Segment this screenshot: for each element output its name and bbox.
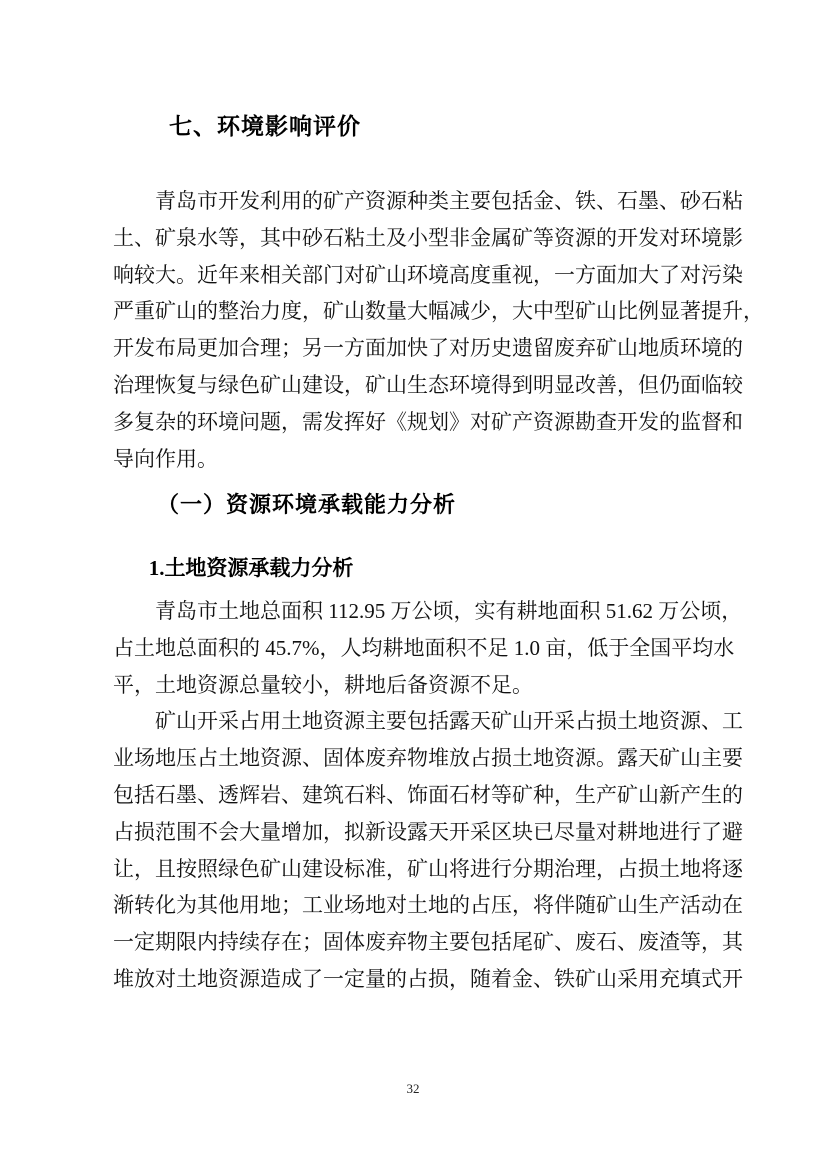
- page-content: 七、环境影响评价 青岛市开发利用的矿产资源种类主要包括金、铁、石墨、砂石粘土、矿…: [113, 112, 713, 998]
- paragraph-mining-land-use: 矿山开采占用土地资源主要包括露天矿山开采占损土地资源、工业场地压占土地资源、固体…: [113, 703, 713, 997]
- document-page: 七、环境影响评价 青岛市开发利用的矿产资源种类主要包括金、铁、石墨、砂石粘土、矿…: [0, 0, 826, 1169]
- text-line: 一定期限内持续存在；固体废弃物主要包括尾矿、废石、废渣等，其: [113, 924, 713, 961]
- text-line: 治理恢复与绿色矿山建设，矿山生态环境得到明显改善，但仍面临较: [113, 367, 713, 404]
- text-line: 包括石墨、透辉岩、建筑石料、饰面石材等矿种，生产矿山新产生的: [113, 777, 713, 814]
- page-number: 32: [0, 1080, 826, 1098]
- text-line: 平，土地资源总量较小，耕地后备资源不足。: [113, 667, 713, 704]
- text-line: 让，且按照绿色矿山建设标准，矿山将进行分期治理，占损土地将逐: [113, 851, 713, 888]
- text-line: 堆放对土地资源造成了一定量的占损，随着金、铁矿山采用充填式开: [113, 961, 713, 998]
- chapter-title: 七、环境影响评价: [113, 112, 713, 140]
- text-line: 占土地总面积的 45.7%，人均耕地面积不足 1.0 亩，低于全国平均水: [113, 630, 713, 667]
- text-line: 开发布局更加合理；另一方面加快了对历史遗留废弃矿山地质环境的: [113, 330, 713, 367]
- subsection-heading: 1.土地资源承载力分析: [113, 550, 713, 587]
- text-line: 青岛市土地总面积 112.95 万公顷，实有耕地面积 51.62 万公顷，: [113, 593, 713, 630]
- section-heading: （一）资源环境承载能力分析: [113, 487, 713, 524]
- text-line: 青岛市开发利用的矿产资源种类主要包括金、铁、石墨、砂石粘: [113, 183, 713, 220]
- text-line: 多复杂的环境问题，需发挥好《规划》对矿产资源勘查开发的监督和: [113, 404, 713, 441]
- paragraph-land-area: 青岛市土地总面积 112.95 万公顷，实有耕地面积 51.62 万公顷，占土地…: [113, 593, 713, 703]
- text-line: 渐转化为其他用地；工业场地对土地的占压，将伴随矿山生产活动在: [113, 887, 713, 924]
- text-line: 严重矿山的整治力度，矿山数量大幅减少，大中型矿山比例显著提升，: [113, 293, 713, 330]
- text-line: 占损范围不会大量增加，拟新设露天开采区块已尽量对耕地进行了避: [113, 814, 713, 851]
- text-line: 业场地压占土地资源、固体废弃物堆放占损土地资源。露天矿山主要: [113, 740, 713, 777]
- text-line: 矿山开采占用土地资源主要包括露天矿山开采占损土地资源、工: [113, 703, 713, 740]
- paragraph-overview: 青岛市开发利用的矿产资源种类主要包括金、铁、石墨、砂石粘土、矿泉水等，其中砂石粘…: [113, 183, 713, 477]
- text-line: 响较大。近年来相关部门对矿山环境高度重视，一方面加大了对污染: [113, 257, 713, 294]
- text-line: 导向作用。: [113, 441, 713, 478]
- text-line: 土、矿泉水等，其中砂石粘土及小型非金属矿等资源的开发对环境影: [113, 220, 713, 257]
